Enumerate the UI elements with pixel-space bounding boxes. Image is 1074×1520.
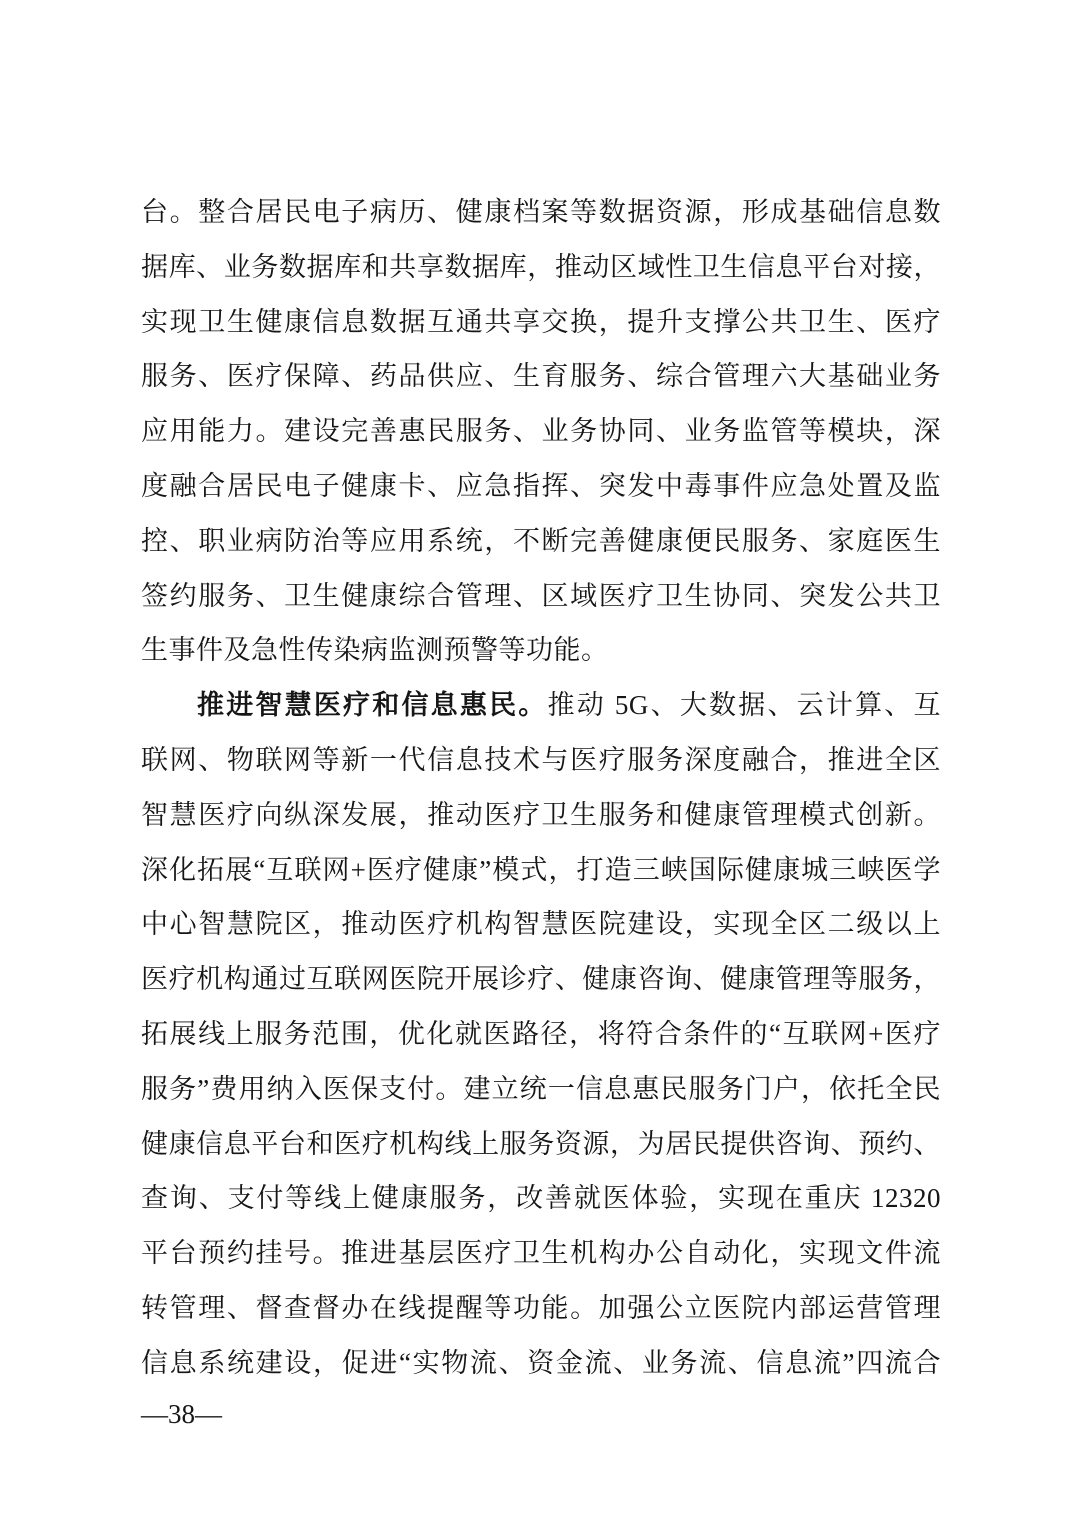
body-text-line: 签约服务、卫生健康综合管理、区域医疗卫生协同、突发公共卫 [141, 569, 941, 624]
body-text-line: 度融合居民电子健康卡、应急指挥、突发中毒事件应急处置及监 [141, 459, 941, 514]
body-text-line: 生事件及急性传染病监测预警等功能。 [141, 623, 941, 678]
body-text-line: 服务、医疗保障、药品供应、生育服务、综合管理六大基础业务 [141, 349, 941, 404]
document-body: 台。整合居民电子病历、健康档案等数据资源，形成基础信息数 据库、业务数据库和共享… [141, 185, 941, 1391]
body-text-line: 实现卫生健康信息数据互通共享交换，提升支撑公共卫生、医疗 [141, 295, 941, 350]
paragraph-1: 台。整合居民电子病历、健康档案等数据资源，形成基础信息数 据库、业务数据库和共享… [141, 185, 941, 678]
body-text-line: 据库、业务数据库和共享数据库，推动区域性卫生信息平台对接， [141, 240, 941, 295]
text-run: 推动 5G、大数据、云计算、互 [548, 690, 941, 720]
paragraph-lead-heading: 推进智慧医疗和信息惠民。 [197, 690, 548, 720]
body-text-line: 应用能力。建设完善惠民服务、业务协同、业务监管等模块，深 [141, 404, 941, 459]
body-text-line: 台。整合居民电子病历、健康档案等数据资源，形成基础信息数 [141, 185, 941, 240]
body-text-line: 信息系统建设，促进“实物流、资金流、业务流、信息流”四流合 [141, 1336, 941, 1391]
body-text-line: 拓展线上服务范围，优化就医路径，将符合条件的“互联网+医疗 [141, 1007, 941, 1062]
body-text-line: 联网、物联网等新一代信息技术与医疗服务深度融合，推进全区 [141, 733, 941, 788]
document-page: 台。整合居民电子病历、健康档案等数据资源，形成基础信息数 据库、业务数据库和共享… [0, 0, 1074, 1520]
body-text-line: 控、职业病防治等应用系统，不断完善健康便民服务、家庭医生 [141, 514, 941, 569]
body-text-line: 平台预约挂号。推进基层医疗卫生机构办公自动化，实现文件流 [141, 1226, 941, 1281]
body-text-line: 深化拓展“互联网+医疗健康”模式，打造三峡国际健康城三峡医学 [141, 843, 941, 898]
body-text-line: 推进智慧医疗和信息惠民。推动 5G、大数据、云计算、互 [141, 678, 941, 733]
body-text-line: 中心智慧院区，推动医疗机构智慧医院建设，实现全区二级以上 [141, 897, 941, 952]
body-text-line: 查询、支付等线上健康服务，改善就医体验，实现在重庆 12320 [141, 1171, 941, 1226]
body-text-line: 健康信息平台和医疗机构线上服务资源，为居民提供咨询、预约、 [141, 1117, 941, 1172]
page-number: —38— [141, 1396, 222, 1432]
paragraph-2: 推进智慧医疗和信息惠民。推动 5G、大数据、云计算、互 联网、物联网等新一代信息… [141, 678, 941, 1390]
body-text-line: 转管理、督查督办在线提醒等功能。加强公立医院内部运营管理 [141, 1281, 941, 1336]
body-text-line: 智慧医疗向纵深发展，推动医疗卫生服务和健康管理模式创新。 [141, 788, 941, 843]
body-text-line: 医疗机构通过互联网医院开展诊疗、健康咨询、健康管理等服务， [141, 952, 941, 1007]
body-text-line: 服务”费用纳入医保支付。建立统一信息惠民服务门户，依托全民 [141, 1062, 941, 1117]
